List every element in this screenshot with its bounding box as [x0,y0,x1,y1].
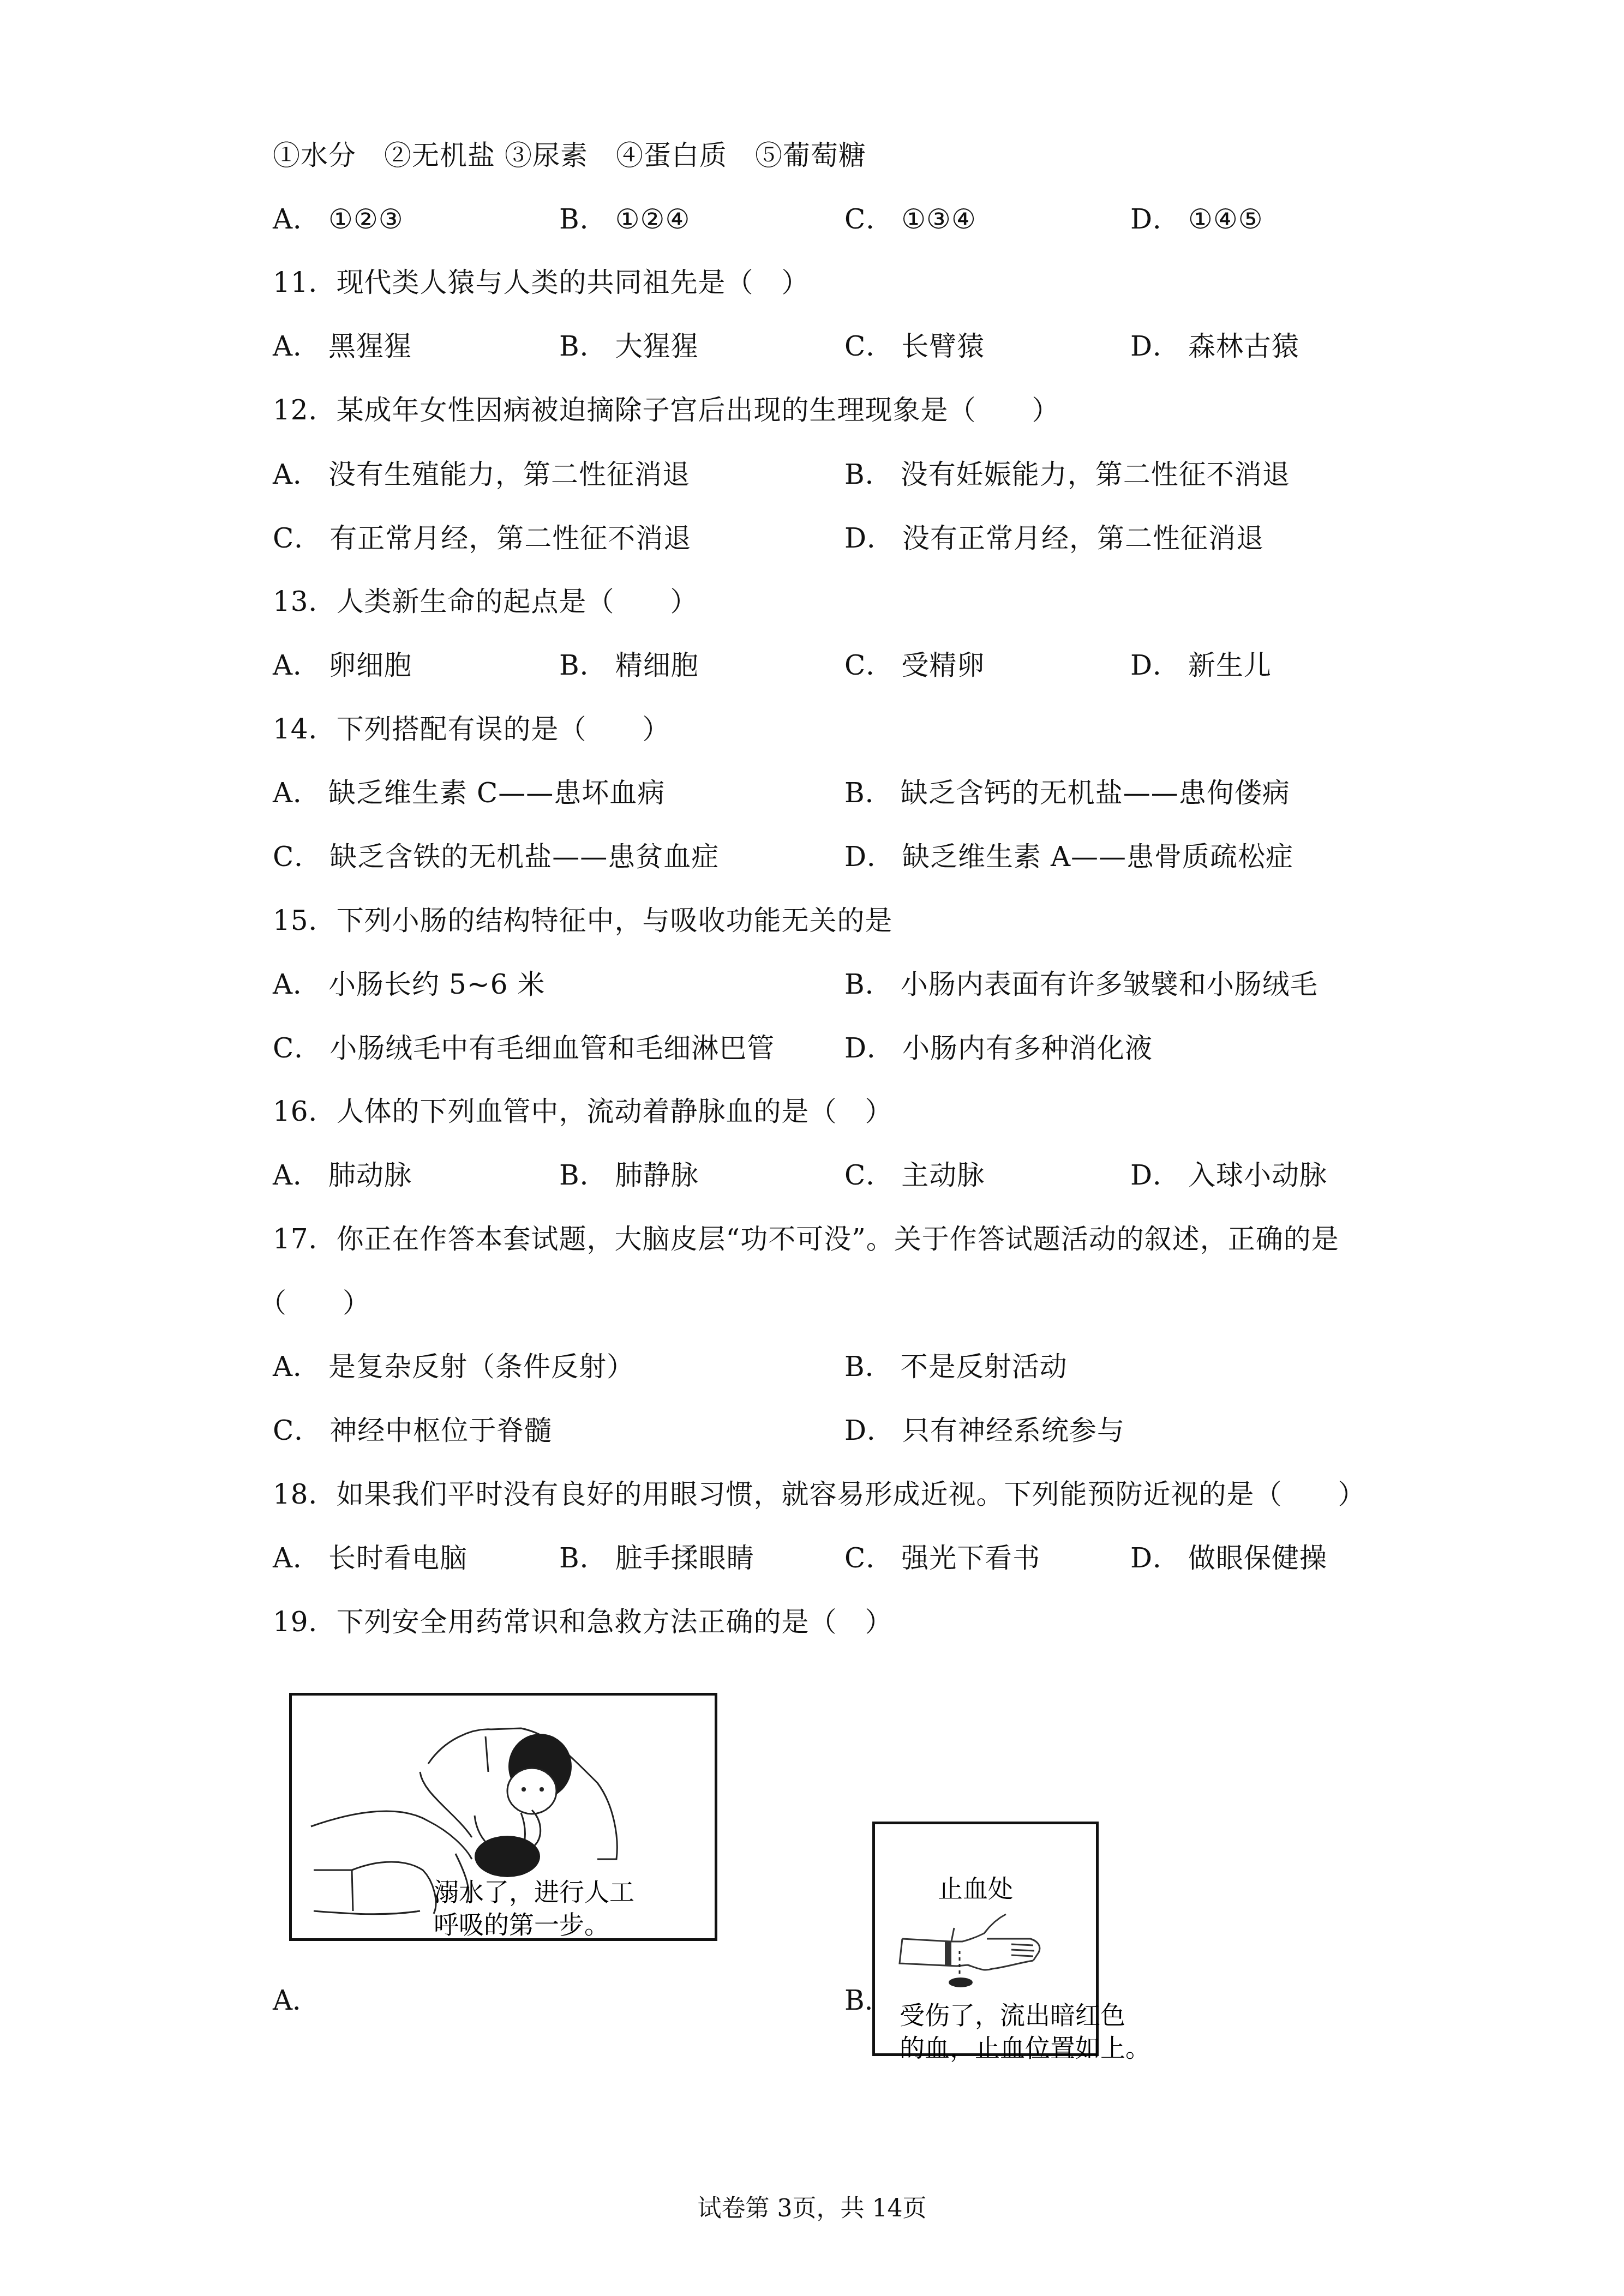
figure-b-option-label[interactable]: B． [844,1984,892,2017]
option-a[interactable]: A．肺动脉 [273,1159,412,1192]
option-c[interactable]: C．有正常月经，第二性征不消退 [273,522,691,555]
option-c[interactable]: C．①③④ [844,203,976,236]
question-16-stem: 16．人体的下列血管中，流动着静脉血的是（ ） [273,1095,893,1128]
question-11-options: A．黑猩猩 B．大猩猩 C．长臂猿 D．森林古猿 [273,330,1418,363]
question-11-stem: 11．现代类人猿与人类的共同祖先是（ ） [273,266,810,299]
intro-substances-list: ①水分 ②无机盐 ③尿素 ④蛋白质 ⑤葡萄糖 [273,139,866,172]
option-a[interactable]: A．长时看电脑 [273,1542,468,1574]
option-a[interactable]: A．缺乏维生素 C——患坏血病 [273,777,665,809]
question-12-options-row1: A．没有生殖能力，第二性征消退 B．没有妊娠能力，第二性征不消退 [273,458,1418,491]
option-b[interactable]: B．精细胞 [559,649,699,682]
question-13-stem: 13．人类新生命的起点是（ ） [273,585,698,618]
option-d[interactable]: D．只有神经系统参与 [844,1414,1125,1447]
question-12-stem: 12．某成年女性因病被迫摘除子宫后出现的生理现象是（ ） [273,394,1060,426]
option-d[interactable]: D．①④⑤ [1130,203,1263,236]
option-d[interactable]: D．缺乏维生素 A——患骨质疏松症 [844,840,1293,873]
question-17-stem: 17．你正在作答本套试题，大脑皮层“功不可没”。关于作答试题活动的叙述，正确的是 [273,1223,1339,1255]
figure-a-option-label[interactable]: A． [273,1984,320,2017]
option-c[interactable]: C．主动脉 [844,1159,985,1192]
option-b[interactable]: B．①②④ [559,203,690,236]
figure-a-caption: 溺水了，进行人工 呼吸的第一步。 [434,1876,634,1941]
page-footer: 试卷第 3页，共 14页 [0,2192,1624,2225]
question-18-options: A．长时看电脑 B．脏手揉眼睛 C．强光下看书 D．做眼保健操 [273,1542,1418,1574]
question-19-stem: 19．下列安全用药常识和急救方法正确的是（ ） [273,1606,893,1638]
figure-b-caption: 受伤了，流出暗红色 的血，止血位置如上。 [900,1999,1150,2064]
option-a[interactable]: A．小肠长约 5~6 米 [273,968,545,1001]
question-15-options-row1: A．小肠长约 5~6 米 B．小肠内表面有许多皱襞和小肠绒毛 [273,968,1418,1001]
figure-b-arm-bleeding[interactable]: 止血处 受伤了，流出暗红色 的血，止血位置如上。 [872,1822,1099,2056]
question-15-stem: 15．下列小肠的结构特征中，与吸收功能无关的是 [273,904,893,937]
option-d[interactable]: D．新生儿 [1130,649,1272,682]
option-b[interactable]: B．小肠内表面有许多皱襞和小肠绒毛 [844,968,1318,1001]
option-a[interactable]: A．是复杂反射（条件反射） [273,1350,634,1383]
option-b[interactable]: B．缺乏含钙的无机盐——患佝偻病 [844,777,1290,809]
option-c[interactable]: C．强光下看书 [844,1542,1040,1574]
option-a[interactable]: A．黑猩猩 [273,330,412,363]
question-14-options-row2: C．缺乏含铁的无机盐——患贫血症 D．缺乏维生素 A——患骨质疏松症 [273,840,1418,873]
option-c[interactable]: C．神经中枢位于脊髓 [273,1414,552,1447]
option-a[interactable]: A．①②③ [273,203,404,236]
intro-options: A．①②③ B．①②④ C．①③④ D．①④⑤ [273,203,1418,236]
option-d[interactable]: D．森林古猿 [1130,330,1299,363]
question-17-answer-blank: （ ） [259,1287,370,1319]
option-b[interactable]: B．脏手揉眼睛 [559,1542,754,1574]
option-c[interactable]: C．受精卵 [844,649,985,682]
question-17-options-row1: A．是复杂反射（条件反射） B．不是反射活动 [273,1350,1418,1383]
option-b[interactable]: B．肺静脉 [559,1159,699,1192]
option-a[interactable]: A．卵细胞 [273,649,412,682]
option-d[interactable]: D．没有正常月经，第二性征消退 [844,522,1264,555]
question-14-stem: 14．下列搭配有误的是（ ） [273,713,670,746]
question-18-stem: 18．如果我们平时没有良好的用眼习惯，就容易形成近视。下列能预防近视的是（ ） [273,1478,1366,1511]
question-17-options-row2: C．神经中枢位于脊髓 D．只有神经系统参与 [273,1414,1418,1447]
question-14-options-row1: A．缺乏维生素 C——患坏血病 B．缺乏含钙的无机盐——患佝偻病 [273,777,1418,809]
option-c[interactable]: C．长臂猿 [844,330,985,363]
option-d[interactable]: D．小肠内有多种消化液 [844,1032,1153,1065]
option-d[interactable]: D．做眼保健操 [1130,1542,1327,1574]
question-13-options: A．卵细胞 B．精细胞 C．受精卵 D．新生儿 [273,649,1418,682]
option-c[interactable]: C．小肠绒毛中有毛细血管和毛细淋巴管 [273,1032,775,1065]
option-b[interactable]: B．不是反射活动 [844,1350,1068,1383]
option-a[interactable]: A．没有生殖能力，第二性征消退 [273,458,690,491]
option-b[interactable]: B．没有妊娠能力，第二性征不消退 [844,458,1290,491]
option-c[interactable]: C．缺乏含铁的无机盐——患贫血症 [273,840,719,873]
question-15-options-row2: C．小肠绒毛中有毛细血管和毛细淋巴管 D．小肠内有多种消化液 [273,1032,1418,1065]
option-d[interactable]: D．入球小动脉 [1130,1159,1327,1192]
question-16-options: A．肺动脉 B．肺静脉 C．主动脉 D．入球小动脉 [273,1159,1418,1192]
question-12-options-row2: C．有正常月经，第二性征不消退 D．没有正常月经，第二性征消退 [273,522,1418,555]
figure-a-rescue-breathing[interactable]: 溺水了，进行人工 呼吸的第一步。 [289,1693,717,1941]
option-b[interactable]: B．大猩猩 [559,330,699,363]
